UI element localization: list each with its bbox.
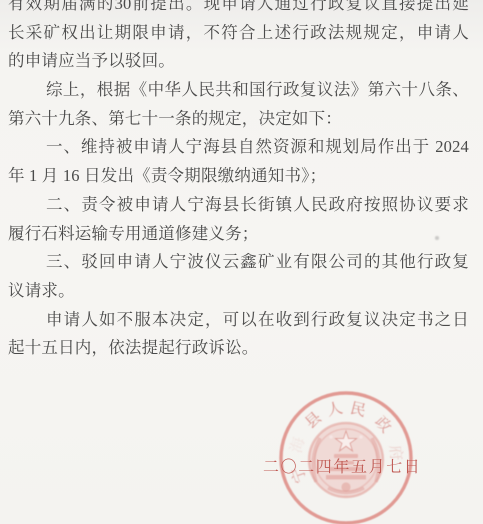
document-page: 有效期届满的30前提出。现申请人通过行政复议直接提出延 长采矿权出让期限申请，不… [0, 0, 483, 524]
text-line: 的申请应当予以驳回。 [8, 47, 469, 76]
text-line: 起十五日内，依法提起行政诉讼。 [8, 334, 469, 363]
seal-character: 政 [371, 413, 395, 437]
text-line: 申请人如不服本决定，可以在收到行政复议决定书之日 [8, 306, 469, 335]
text-line: 综上，根据《中华人民共和国行政复议法》第六十八条、 [8, 76, 469, 105]
text-line: 一、维持被申请人宁海县自然资源和规划局作出于 2024 [8, 133, 469, 162]
seal-character: 海 [287, 435, 309, 455]
text-line: 二、责令被申请人宁海县长街镇人民政府按照协议要求 [8, 191, 469, 220]
seal-date: 二〇二四年五月七日 [263, 454, 433, 477]
document-body: 有效期届满的30前提出。现申请人通过行政复议直接提出延 长采矿权出让期限申请，不… [8, 0, 469, 363]
seal-character: 人 [325, 399, 344, 420]
text-line: 长采矿权出让期限申请，不符合上述行政法规规定，申请人 [8, 19, 469, 48]
text-line: 履行石料运输专用通道修建义务； [8, 220, 469, 249]
text-line: 议请求。 [8, 277, 469, 306]
seal-character: 民 [348, 399, 367, 420]
text-line: 有效期届满的30前提出。现申请人通过行政复议直接提出延 [8, 0, 469, 19]
text-line: 第六十九条、第七十一条的规定，决定如下： [8, 105, 469, 134]
text-line: 年 1 月 16 日发出《责令期限缴纳通知书》； [8, 162, 469, 191]
scan-artifact-dot [435, 236, 439, 240]
seal-character: 县 [301, 408, 325, 432]
text-line: 三、驳回申请人宁波仪云鑫矿业有限公司的其他行政复 [8, 248, 469, 277]
